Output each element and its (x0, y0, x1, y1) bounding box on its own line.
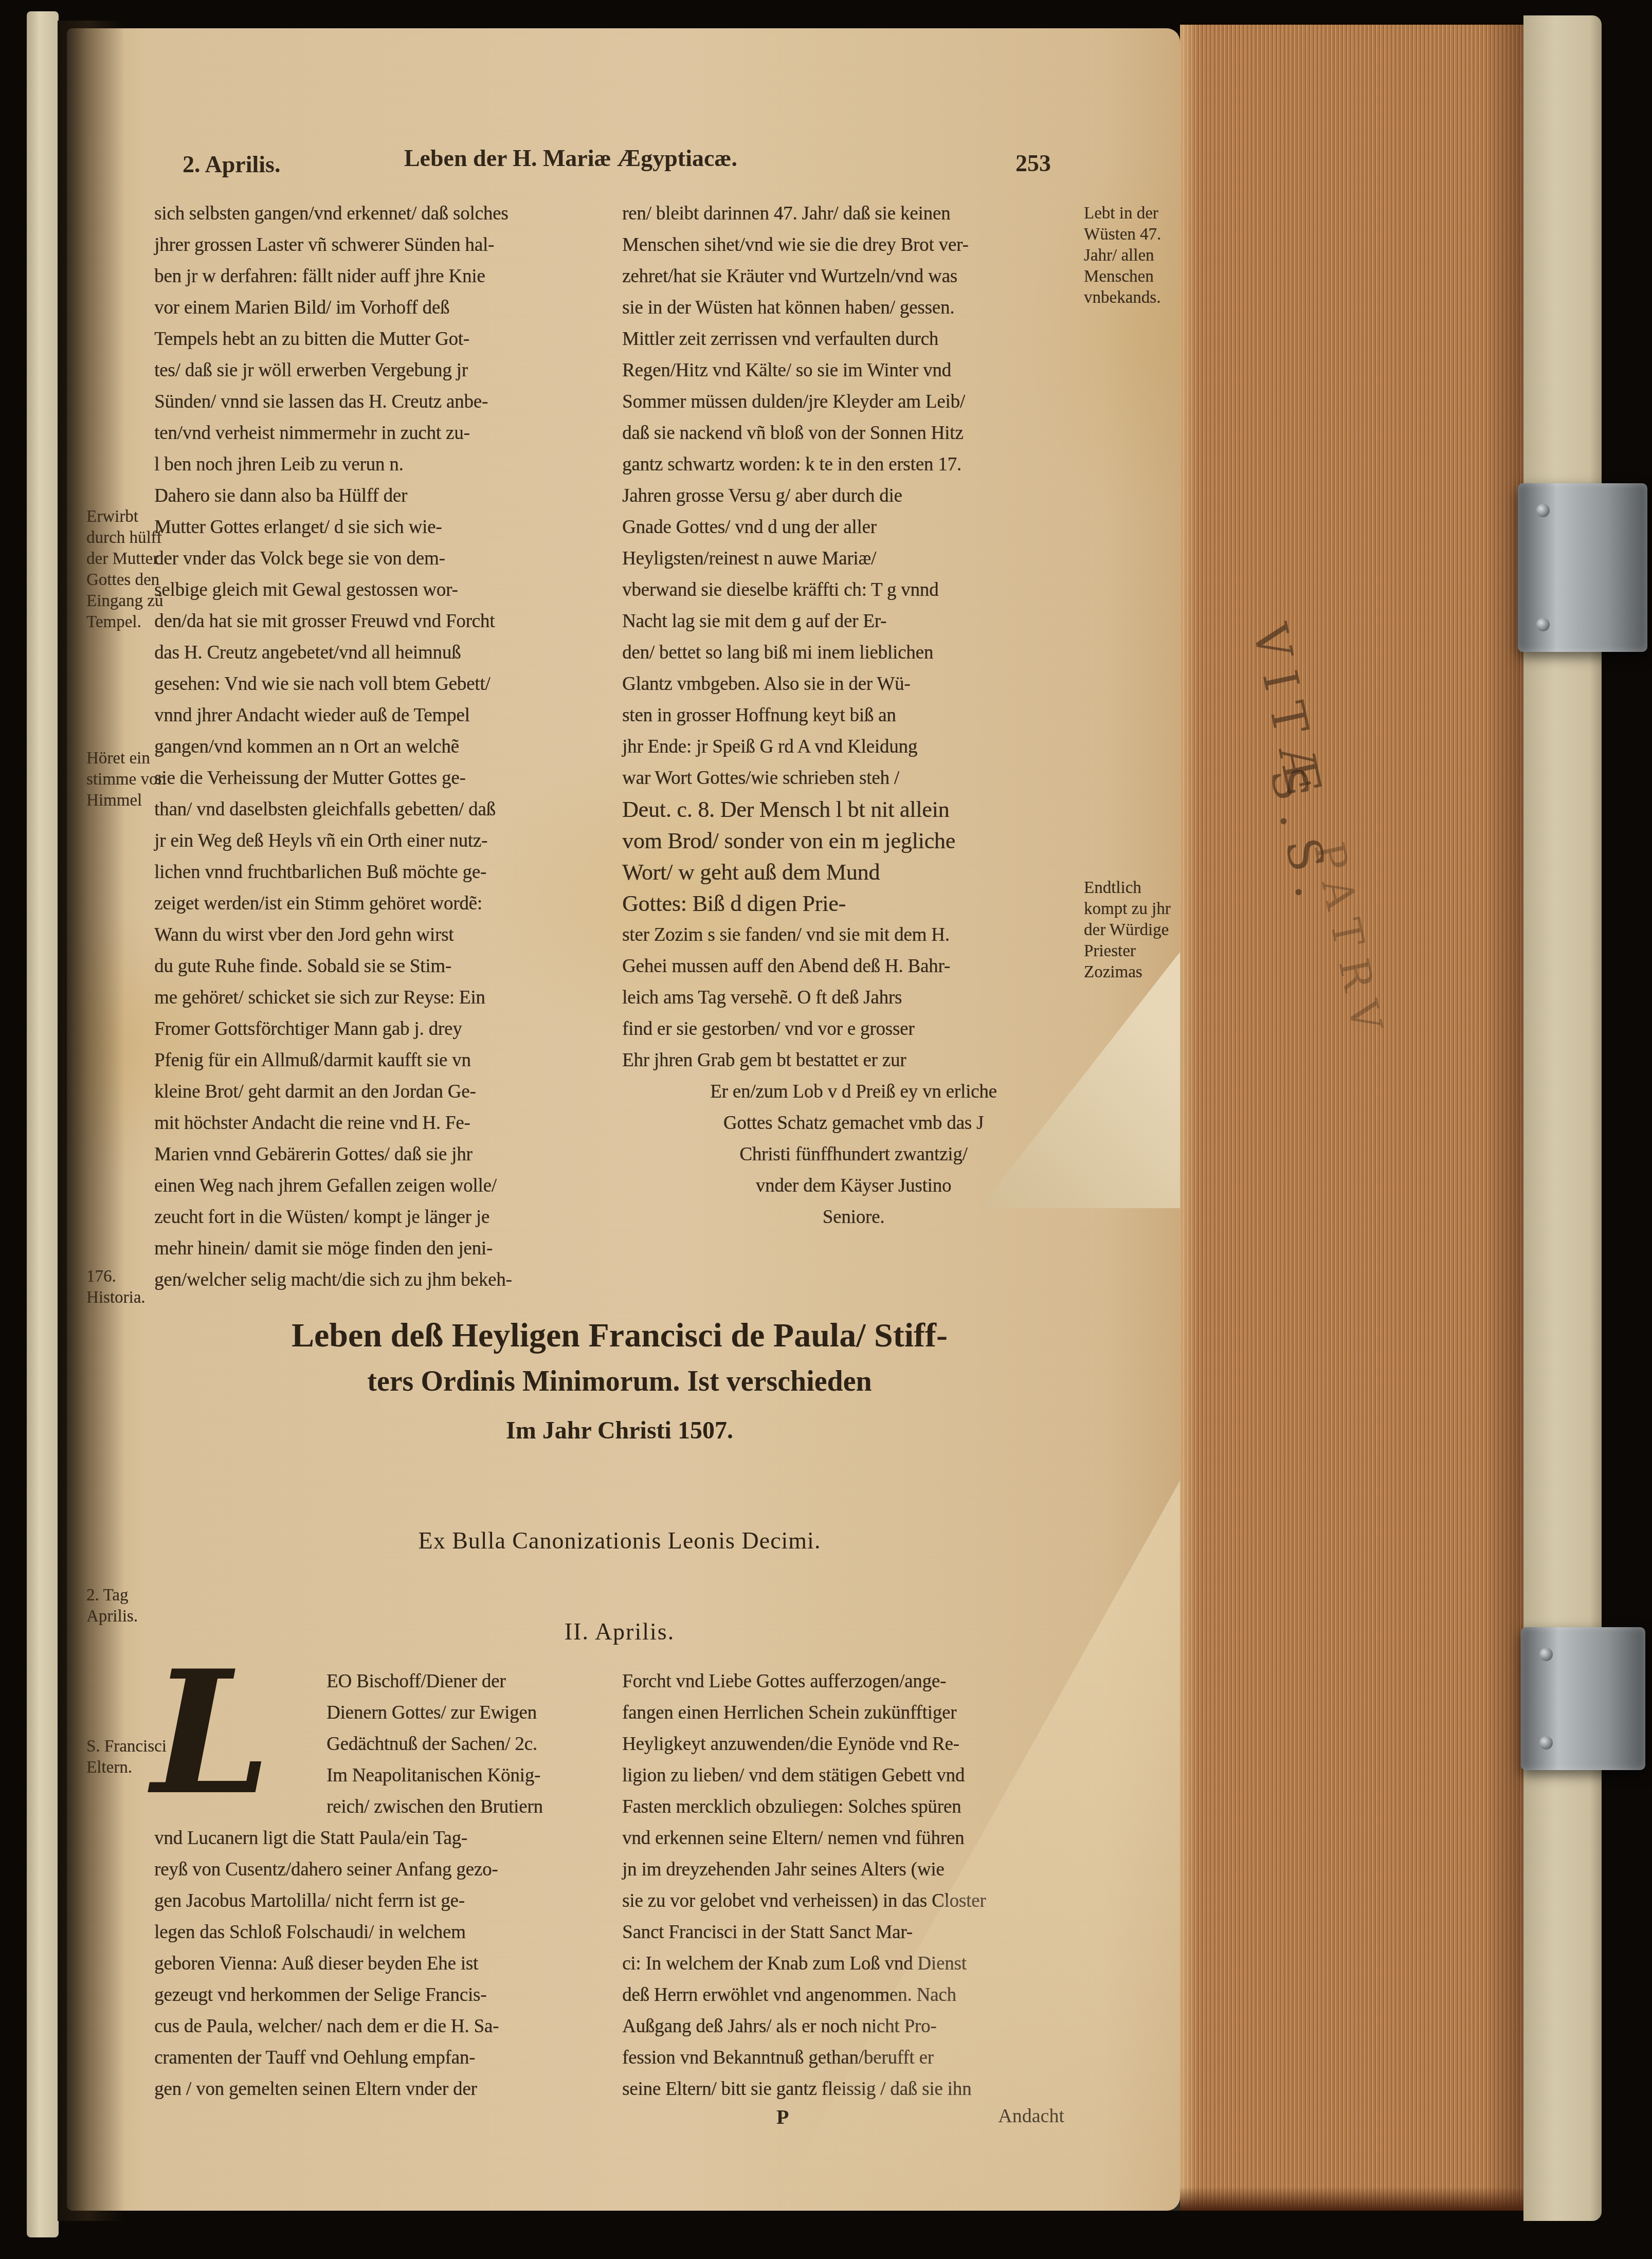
text-line: sie die Verheissung der Mutter Gottes ge… (154, 762, 617, 794)
text-line: Sommer müssen dulden/jre Kleyder am Leib… (622, 386, 1085, 417)
book-cover-left-edge (27, 11, 59, 2237)
text-line: Gottes Schatz gemachet vmb das J (622, 1107, 1085, 1139)
text-line: du gute Ruhe finde. Sobald sie se Stim- (154, 951, 617, 982)
text-line: Nacht lag sie mit dem g auf der Er- (622, 606, 1085, 637)
gutter-shadow (58, 21, 124, 2221)
text-line: Menschen sihet/vnd wie sie die drey Brot… (622, 229, 1085, 261)
book-cover-right-edge (1523, 15, 1602, 2221)
fore-edge-handwriting: PATRV (1304, 838, 1394, 1048)
text-line: Regen/Hitz vnd Kälte/ so sie im Winter v… (622, 355, 1085, 386)
text-line: gen/welcher selig macht/die sich zu jhm … (154, 1264, 617, 1296)
clasp-screw (1539, 1648, 1553, 1661)
text-line: gangen/vnd kommen an n Ort an welchẽ (154, 731, 617, 762)
text-line: reyß von Cusentz/dahero seiner Anfang ge… (154, 1854, 617, 1885)
text-column-right: ren/ bleibt darinnen 47. Jahr/ daß sie k… (622, 198, 1085, 1076)
text-line: Forcht vnd Liebe Gottes aufferzogen/ange… (622, 1666, 1085, 1697)
text-line: vnd Lucanern ligt die Statt Paula/ein Ta… (154, 1823, 617, 1854)
text-line: zehret/hat sie Kräuter vnd Wurtzeln/vnd … (622, 261, 1085, 292)
text-line: Glantz vmbgeben. Also sie in der Wü- (622, 668, 1085, 700)
text-line: Gehei mussen auff den Abend deß H. Bahr- (622, 951, 1085, 982)
section-date-line: II. Aprilis. (154, 1618, 1085, 1645)
text-line: zeucht fort in die Wüsten/ kompt je läng… (154, 1201, 617, 1233)
text-line: Marien vnnd Gebärerin Gottes/ daß sie jh… (154, 1139, 617, 1170)
text-line: einen Weg nach jhrem Gefallen zeigen wol… (154, 1170, 617, 1201)
text-line: cus de Paula, welcher/ nach dem er die H… (154, 2011, 617, 2042)
text-line: gen Jacobus Martolilla/ nicht ferrn ist … (154, 1885, 617, 1917)
text-line: Sünden/ vnnd sie lassen das H. Creutz an… (154, 386, 617, 417)
text-line: Gnade Gottes/ vnd d ung der aller (622, 512, 1085, 543)
text-line: Wann du wirst vber den Jord gehn wirst (154, 919, 617, 951)
text-line: leich ams Tag versehẽ. O ft deß Jahrs (622, 982, 1085, 1013)
text-line: Tempels hebt an zu bitten die Mutter Got… (154, 323, 617, 355)
text-line: Heyligsten/reinest n auwe Mariæ/ (622, 543, 1085, 574)
text-line: find er sie gestorben/ vnd vor e grosser (622, 1013, 1085, 1045)
text-line: den/ bettet so lang biß mi inem lieblich… (622, 637, 1085, 668)
text-line: than/ vnd daselbsten gleichfalls gebette… (154, 794, 617, 825)
text-line: das H. Creutz angebetet/vnd all heimnuß (154, 637, 617, 668)
section-heading-line2: ters Ordinis Minimorum. Ist verschieden (154, 1365, 1085, 1398)
text-line: Gedächtnuß der Sachen/ 2c. (154, 1728, 617, 1760)
text-line: Pfenig für ein Allmuß/darmit kaufft sie … (154, 1045, 617, 1076)
text-line: Mittler zeit zerrissen vnd verfaulten du… (622, 323, 1085, 355)
text-line: sich selbsten gangen/vnd erkennet/ daß s… (154, 198, 617, 229)
text-line: reich/ zwischen den Brutiern (154, 1791, 617, 1823)
text-line: tes/ daß sie jr wöll erwerben Vergebung … (154, 355, 617, 386)
text-line: ben jr w derfahren: fällt nider auff jhr… (154, 261, 617, 292)
text-line: Dienern Gottes/ zur Ewigen (154, 1697, 617, 1728)
text-line: fangen einen Herrlichen Schein zukünffti… (622, 1697, 1085, 1728)
book-photo: 2. Aprilis. Leben der H. Mariæ Ægyptiacæ… (0, 0, 1652, 2259)
text-line: Fromer Gottsförchtiger Mann gab j. drey (154, 1013, 617, 1045)
book-clasp-bottom (1521, 1627, 1645, 1770)
running-title: Leben der H. Mariæ Ægyptiacæ. (288, 144, 854, 172)
book-clasp-top (1518, 483, 1647, 652)
text-line: vberwand sie dieselbe kräffti ch: T g vn… (622, 574, 1085, 606)
header-date: 2. Aprilis. (183, 151, 280, 178)
text-line: gantz schwartz worden: k te in den erste… (622, 449, 1085, 480)
text-column-right-taper: Er en/zum Lob v d Preiß ey vn erlicheGot… (622, 1076, 1085, 1233)
text-line: Heyligkeyt anzuwenden/die Eynöde vnd Re- (622, 1728, 1085, 1760)
margin-note: Endtlich kompt zu jhr der Würdige Priest… (1084, 878, 1179, 983)
text-line: ten/vnd verheist nimmermehr in zucht zu- (154, 417, 617, 449)
text-line: vor einem Marien Bild/ im Vorhoff deß (154, 292, 617, 323)
text-line: sie in der Wüsten hat können haben/ gess… (622, 292, 1085, 323)
text-line: gen / von gemelten seinen Eltern vnder d… (154, 2073, 617, 2105)
text-line: Dahero sie dann also ba Hülff der (154, 480, 617, 512)
clasp-screw (1539, 1736, 1553, 1750)
text-line: selbige gleich mit Gewal gestossen wor- (154, 574, 617, 606)
text-line: geboren Vienna: Auß dieser beyden Ehe is… (154, 1948, 617, 1979)
text-line: Jahren grosse Versu g/ aber durch die (622, 480, 1085, 512)
signature-mark: P (776, 2105, 789, 2129)
text-line: Er en/zum Lob v d Preiß ey vn erliche (622, 1076, 1085, 1107)
text-line: lichen vnnd fruchtbarlichen Buß möchte g… (154, 857, 617, 888)
text-column-left: sich selbsten gangen/vnd erkennet/ daß s… (154, 198, 617, 1296)
clasp-screw (1536, 618, 1550, 631)
text-line: kleine Brot/ geht darmit an den Jordan G… (154, 1076, 617, 1107)
fore-edge: VITÆ S.S. PATRV (1180, 25, 1526, 2211)
text-line: legen das Schloß Folschaudi/ in welchem (154, 1917, 617, 1948)
section-heading-line1: Leben deß Heyligen Francisci de Paula/ S… (154, 1316, 1085, 1355)
text-line: der vnder das Volck bege sie von dem- (154, 543, 617, 574)
text-line: gezeugt vnd herkommen der Selige Francis… (154, 1979, 617, 2011)
text-line: mehr hinein/ damit sie möge finden den j… (154, 1233, 617, 1264)
text-line: den/da hat sie mit grosser Freuwd vnd Fo… (154, 606, 617, 637)
text-line: Im Neapolitanischen König- (154, 1760, 617, 1791)
text-line: gesehen: Vnd wie sie nach voll btem Gebe… (154, 668, 617, 700)
text-line: war Wort Gottes/wie schrieben steh / (622, 762, 1085, 794)
page-number: 253 (1015, 150, 1051, 177)
text-line: EO Bischoff/Diener der (154, 1666, 617, 1697)
text-line: ster Zozim s sie fanden/ vnd sie mit dem… (622, 919, 1085, 951)
text-line: Wort/ w geht auß dem Mund (622, 857, 1085, 888)
text-line: daß sie nackend vñ bloß von der Sonnen H… (622, 417, 1085, 449)
text-line: me gehöret/ schicket sie sich zur Reyse:… (154, 982, 617, 1013)
text-line: vom Brod/ sonder von ein m jegliche (622, 825, 1085, 857)
text-line: jr ein Weg deß Heyls vñ ein Orth einer n… (154, 825, 617, 857)
text-line: ren/ bleibt darinnen 47. Jahr/ daß sie k… (622, 198, 1085, 229)
text-column-left-bottom: EO Bischoff/Diener derDienern Gottes/ zu… (154, 1666, 617, 2105)
text-line: zeiget werden/ist ein Stimm gehöret word… (154, 888, 617, 919)
text-line: l ben noch jhren Leib zu verun n. (154, 449, 617, 480)
text-line: jhrer grossen Laster vñ schwerer Sünden … (154, 229, 617, 261)
text-line: mit höchster Andacht die reine vnd H. Fe… (154, 1107, 617, 1139)
clasp-screw (1536, 504, 1550, 517)
text-line: vnnd jhrer Andacht wieder auß de Tempel (154, 700, 617, 731)
section-source-line: Ex Bulla Canonizationis Leonis Decimi. (154, 1527, 1085, 1554)
text-line: Mutter Gottes erlanget/ d sie sich wie- (154, 512, 617, 543)
section-heading-line3: Im Jahr Christi 1507. (154, 1416, 1085, 1445)
text-line: cramenten der Tauff vnd Oehlung empfan- (154, 2042, 617, 2073)
text-line: Ehr jhren Grab gem bt bestattet er zur (622, 1045, 1085, 1076)
text-line: jhr Ende: jr Speiß G rd A vnd Kleidung (622, 731, 1085, 762)
text-line: sten in grosser Hoffnung keyt biß an (622, 700, 1085, 731)
text-line: Deut. c. 8. Der Mensch l bt nit allein (622, 794, 1085, 825)
text-line: Gottes: Biß d digen Prie- (622, 888, 1085, 919)
margin-note: Lebt in der Wüsten 47. Jahr/ allen Mensc… (1084, 203, 1179, 308)
